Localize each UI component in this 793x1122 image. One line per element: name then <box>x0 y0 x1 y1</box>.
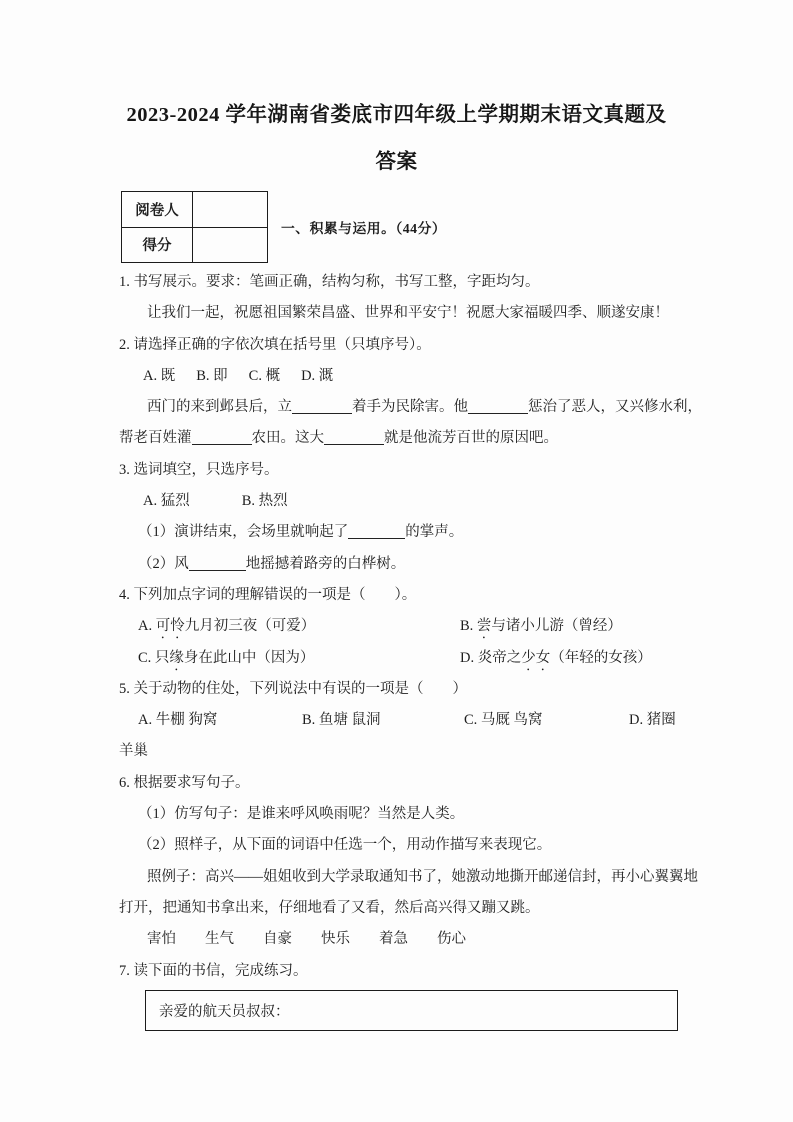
score-table: 阅卷人 得分 <box>121 191 268 263</box>
q3-sub2: （2）风地摇撼着路旁的白桦树。 <box>119 549 793 580</box>
word-item: 伤心 <box>437 924 466 955</box>
emphasis-dotted-text: 缘 <box>169 650 184 666</box>
q2-stem: 2. 请选择正确的字依次填在括号里（只填序号）。 <box>119 330 793 361</box>
q6-sub1: （1）仿写句子：是谁来呼风唤雨呢？当然是人类。 <box>119 799 793 830</box>
word-item: 害怕 <box>147 924 176 955</box>
q2-options: A. 既 B. 即 C. 概 D. 溉 <box>119 361 793 392</box>
q3-sub1: （1）演讲结束，会场里就响起了的掌声。 <box>119 517 793 548</box>
reviewer-value-cell <box>193 192 268 228</box>
q6-example-line2: 打开，把通知书拿出来，仔细地看了又看，然后高兴得又蹦又跳。 <box>119 893 793 924</box>
fill-in-blank <box>292 412 352 414</box>
fill-in-blank <box>192 443 252 445</box>
word-item: 生气 <box>205 924 234 955</box>
fill-in-blank <box>189 569 246 571</box>
fill-in-blank <box>348 537 405 539</box>
emphasis-dotted-text: 少女 <box>521 650 550 666</box>
questions-area: 1. 书写展示。要求：笔画正确，结构匀称，书写工整，字距均匀。 让我们一起，祝愿… <box>119 267 793 987</box>
q2-passage-line2: 帮老百姓灌农田。这大就是他流芳百世的原因吧。 <box>119 423 793 454</box>
score-value-cell <box>193 227 268 263</box>
q5-option-c: C. 马厩 鸟窝 <box>464 705 629 736</box>
q4-option-c: C. 只缘身在此山中（因为） <box>138 643 460 674</box>
q4-option-b: B. 尝与诸小儿游（曾经） <box>460 611 793 642</box>
fill-in-blank <box>324 443 384 445</box>
q3-option-b: B. 热烈 <box>242 486 288 517</box>
q1-stem: 1. 书写展示。要求：笔画正确，结构匀称，书写工整，字距均匀。 <box>119 267 793 298</box>
q3-stem: 3. 选词填空，只选序号。 <box>119 455 793 486</box>
score-block: 阅卷人 得分 一、积累与运用。（44分） <box>121 191 793 263</box>
q3-options: A. 猛烈 B. 热烈 <box>119 486 793 517</box>
section-heading: 一、积累与运用。（44分） <box>281 217 446 237</box>
q6-stem: 6. 根据要求写句子。 <box>119 768 793 799</box>
q6-sub2: （2）照样子，从下面的词语中任选一个，用动作描写来表现它。 <box>119 830 793 861</box>
reviewer-label: 阅卷人 <box>122 192 193 228</box>
page-title-line1: 2023-2024 学年湖南省娄底市四年级上学期期末语文真题及 <box>0 92 793 139</box>
q6-word-list: 害怕 生气 自豪 快乐 着急 伤心 <box>119 924 793 955</box>
q1-body: 让我们一起，祝愿祖国繁荣昌盛、世界和平安宁！祝愿大家福暖四季、顺遂安康！ <box>119 298 793 329</box>
q5-option-d-wrap: 羊巢 <box>119 736 793 767</box>
page-title-line2: 答案 <box>0 139 793 186</box>
fill-in-blank <box>468 412 528 414</box>
table-row: 阅卷人 <box>122 192 268 228</box>
q6-example-line1: 照例子：高兴——姐姐收到大学录取通知书了，她激动地撕开邮递信封，再小心翼翼地 <box>119 862 793 893</box>
q4-stem: 4. 下列加点字词的理解错误的一项是（ ）。 <box>119 580 793 611</box>
emphasis-dotted-text: 尝 <box>477 618 492 634</box>
word-item: 自豪 <box>263 924 292 955</box>
score-label: 得分 <box>122 227 193 263</box>
letter-salutation: 亲爱的航天员叔叔： <box>159 1000 290 1021</box>
q5-stem: 5. 关于动物的住处，下列说法中有误的一项是（ ） <box>119 674 793 705</box>
q2-option-a: A. 既 <box>143 361 175 392</box>
q5-options: A. 牛棚 狗窝 B. 鱼塘 鼠洞 C. 马厩 鸟窝 D. 猪圈 <box>119 705 793 736</box>
q4-options-row2: C. 只缘身在此山中（因为） D. 炎帝之少女（年轻的女孩） <box>119 643 793 674</box>
word-item: 快乐 <box>321 924 350 955</box>
page-title: 2023-2024 学年湖南省娄底市四年级上学期期末语文真题及 答案 <box>0 0 793 186</box>
q2-option-d: D. 溉 <box>301 361 333 392</box>
q5-option-a: A. 牛棚 狗窝 <box>138 705 302 736</box>
letter-box: 亲爱的航天员叔叔： <box>145 990 678 1031</box>
q3-option-a: A. 猛烈 <box>143 486 190 517</box>
q5-option-d: D. 猪圈 <box>629 705 793 736</box>
q4-option-d: D. 炎帝之少女（年轻的女孩） <box>460 643 793 674</box>
q4-options-row1: A. 可怜九月初三夜（可爱） B. 尝与诸小儿游（曾经） <box>119 611 793 642</box>
q5-option-b: B. 鱼塘 鼠洞 <box>302 705 464 736</box>
q2-option-b: B. 即 <box>196 361 227 392</box>
q2-option-c: C. 概 <box>249 361 280 392</box>
q4-option-a: A. 可怜九月初三夜（可爱） <box>138 611 460 642</box>
emphasis-dotted-text: 可怜 <box>156 618 185 634</box>
q7-stem: 7. 读下面的书信，完成练习。 <box>119 956 793 987</box>
word-item: 着急 <box>379 924 408 955</box>
table-row: 得分 <box>122 227 268 263</box>
exam-paper-page: 2023-2024 学年湖南省娄底市四年级上学期期末语文真题及 答案 阅卷人 得… <box>0 0 793 1122</box>
q2-passage-line1: 西门的来到邺县后，立着手为民除害。他惩治了恶人，又兴修水利， <box>119 392 793 423</box>
